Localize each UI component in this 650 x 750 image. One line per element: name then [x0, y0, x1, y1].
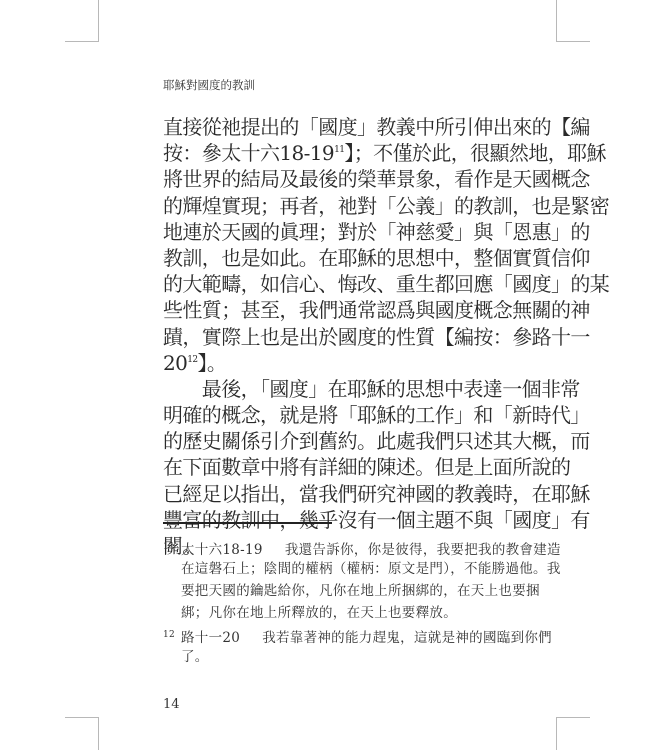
footnote-line: 在這磐石上；陰間的權柄（權柄：原文是門），不能勝過他。我: [163, 558, 493, 580]
footnote-line: 要把天國的鑰匙給你，凡你在地上所捆綁的，在天上也要捆: [163, 580, 493, 602]
body-line: 的大範疇，如信心、悔改、重生都回應「國度」的某: [163, 271, 489, 297]
body-line: 已經足以指出，當我們研究神國的教義時，在耶穌: [163, 481, 489, 507]
footnote-ref-12[interactable]: 12: [187, 355, 197, 365]
crop-mark-top-right-horizontal: [556, 41, 590, 42]
footnote-12: 12路十一20我若靠著神的能力趕鬼，這就是神的國臨到你們: [163, 624, 493, 646]
crop-mark-top-left-horizontal: [65, 41, 99, 42]
body-line: 按：參太十六18-1911】；不僅於此，很顯然地，耶穌: [163, 140, 489, 166]
body-text: 直接從祂提出的「國度」教義中所引伸出來的【編 按：參太十六18-1911】；不僅…: [163, 114, 489, 559]
crop-mark-bottom-left-horizontal: [65, 717, 99, 718]
footnote-number: 12: [163, 624, 181, 646]
crop-mark-bottom-left-vertical: [98, 717, 99, 750]
body-line: 2012】。: [163, 350, 489, 376]
page-number: 14: [163, 697, 180, 712]
footnote-line: 綁；凡你在地上所釋放的，在天上也要釋放。: [163, 602, 493, 624]
footnote-number: 11: [163, 536, 181, 558]
body-line: 些性質；甚至，我們通常認爲與國度概念無關的神: [163, 297, 489, 323]
footnote-11: 11太十六18-19我還告訴你，你是彼得，我要把我的教會建造: [163, 536, 493, 558]
crop-mark-bottom-right-vertical: [556, 717, 557, 750]
footnote-ref-11[interactable]: 11: [334, 145, 344, 155]
footnote-divider: [163, 522, 332, 524]
body-line: 在下面數章中將有詳細的陳述。但是上面所說的: [163, 454, 489, 480]
body-line: 的輝煌實現；再者，祂對「公義」的教訓，也是緊密: [163, 193, 489, 219]
crop-mark-bottom-right-horizontal: [556, 717, 590, 718]
body-line: 教訓，也是如此。在耶穌的思想中，整個實質信仰: [163, 245, 489, 271]
body-line: 的歷史關係引介到舊約。此處我們只述其大概，而: [163, 428, 489, 454]
body-line: 豐富的教訓中，幾乎沒有一個主題不與「國度」有: [163, 507, 489, 533]
footnote-line: 了。: [163, 646, 493, 668]
body-line: 地連於天國的眞理；對於「神慈愛」與「恩惠」的: [163, 219, 489, 245]
body-line: 明確的概念，就是將「耶穌的工作」和「新時代」: [163, 402, 489, 428]
crop-mark-top-left-vertical: [98, 0, 99, 41]
body-line: 最後，「國度」在耶穌的思想中表達一個非常: [163, 376, 489, 402]
running-head: 耶穌對國度的教訓: [163, 77, 255, 93]
body-line: 蹟，實際上也是出於國度的性質【編按：參路十一: [163, 324, 489, 350]
body-line: 直接從祂提出的「國度」教義中所引伸出來的【編: [163, 114, 489, 140]
body-line: 將世界的結局及最後的榮華景象，看作是天國概念: [163, 166, 489, 192]
crop-mark-top-right-vertical: [556, 0, 557, 41]
footnotes: 11太十六18-19我還告訴你，你是彼得，我要把我的教會建造 在這磐石上；陰間的…: [163, 536, 493, 668]
